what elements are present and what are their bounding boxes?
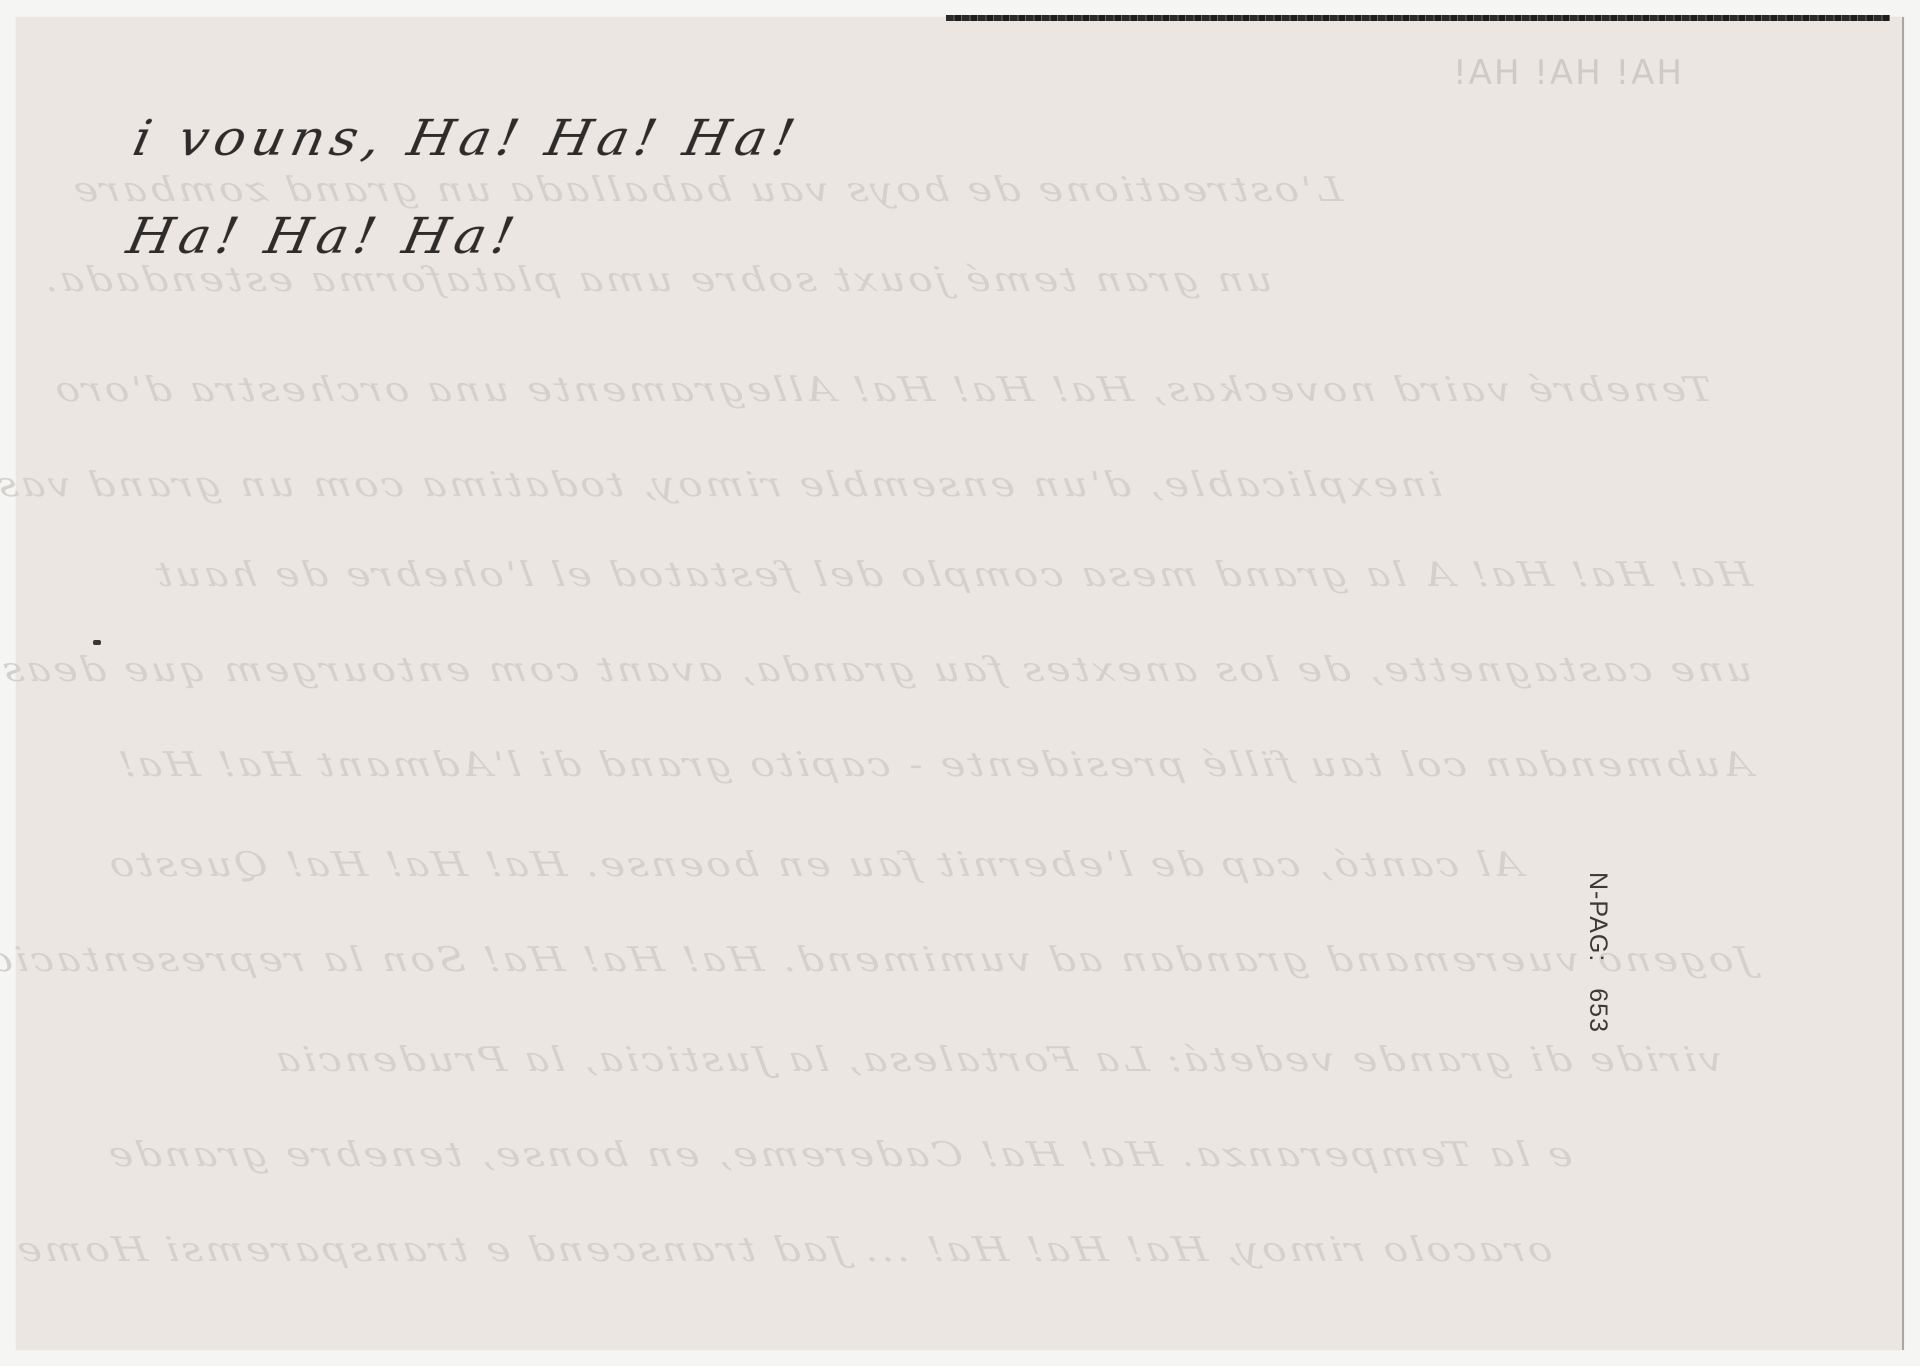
bleed-through-line: Tenebré vaird noveckas, Ha! Ha! Ha! Alle… (50, 370, 1715, 409)
bleed-through-line: une castagnette, de los anextes fau gran… (0, 650, 1755, 689)
manuscript-page: HA! HA! HA! L'ostreatione de boys vau ba… (16, 17, 1904, 1350)
bleed-through-line: Ha! Ha! Ha! A la grand mesa complo del f… (151, 555, 1755, 594)
handwritten-line-1: i vouns, Ha! Ha! Ha! (128, 111, 805, 168)
bleed-through-line: inexplicable, d'un ensemble rimoy, todat… (0, 465, 1445, 504)
handwritten-line-2: Ha! Ha! Ha! (122, 209, 525, 266)
bleed-through-line: L'ostreatione de boys vau baballada un g… (68, 170, 1345, 209)
stamp-label: N-PAG: (1584, 872, 1612, 962)
bleed-through-line: oracolo rimoy, Ha! Ha! Ha! ... Jad trans… (12, 1230, 1555, 1269)
stamp-number: 653 (1584, 988, 1612, 1033)
bleed-through-line: un gran temé jouxt sobre uma plataforma … (38, 260, 1274, 299)
ink-dot (93, 640, 101, 645)
bleed-through-title: HA! HA! HA! (1451, 53, 1682, 93)
page-stamp: N-PAG:653 (1583, 872, 1612, 1033)
bleed-through-line: Jogeno vueremand grandan ad vumimend. Ha… (0, 940, 1755, 979)
bleed-through-line: Al cantó, cap de l'ebernit fau en boense… (104, 845, 1525, 884)
bleed-through-line: Aubmendan col tau fillé presidente - cap… (113, 745, 1755, 784)
bleed-through-line: viride di grande vedetá: La Fortalesa, l… (271, 1040, 1725, 1079)
bleed-through-line: e la Temperanza. Ha! Ha! Cadereme, en bo… (103, 1135, 1575, 1174)
scan-edge-strip (946, 15, 1890, 21)
